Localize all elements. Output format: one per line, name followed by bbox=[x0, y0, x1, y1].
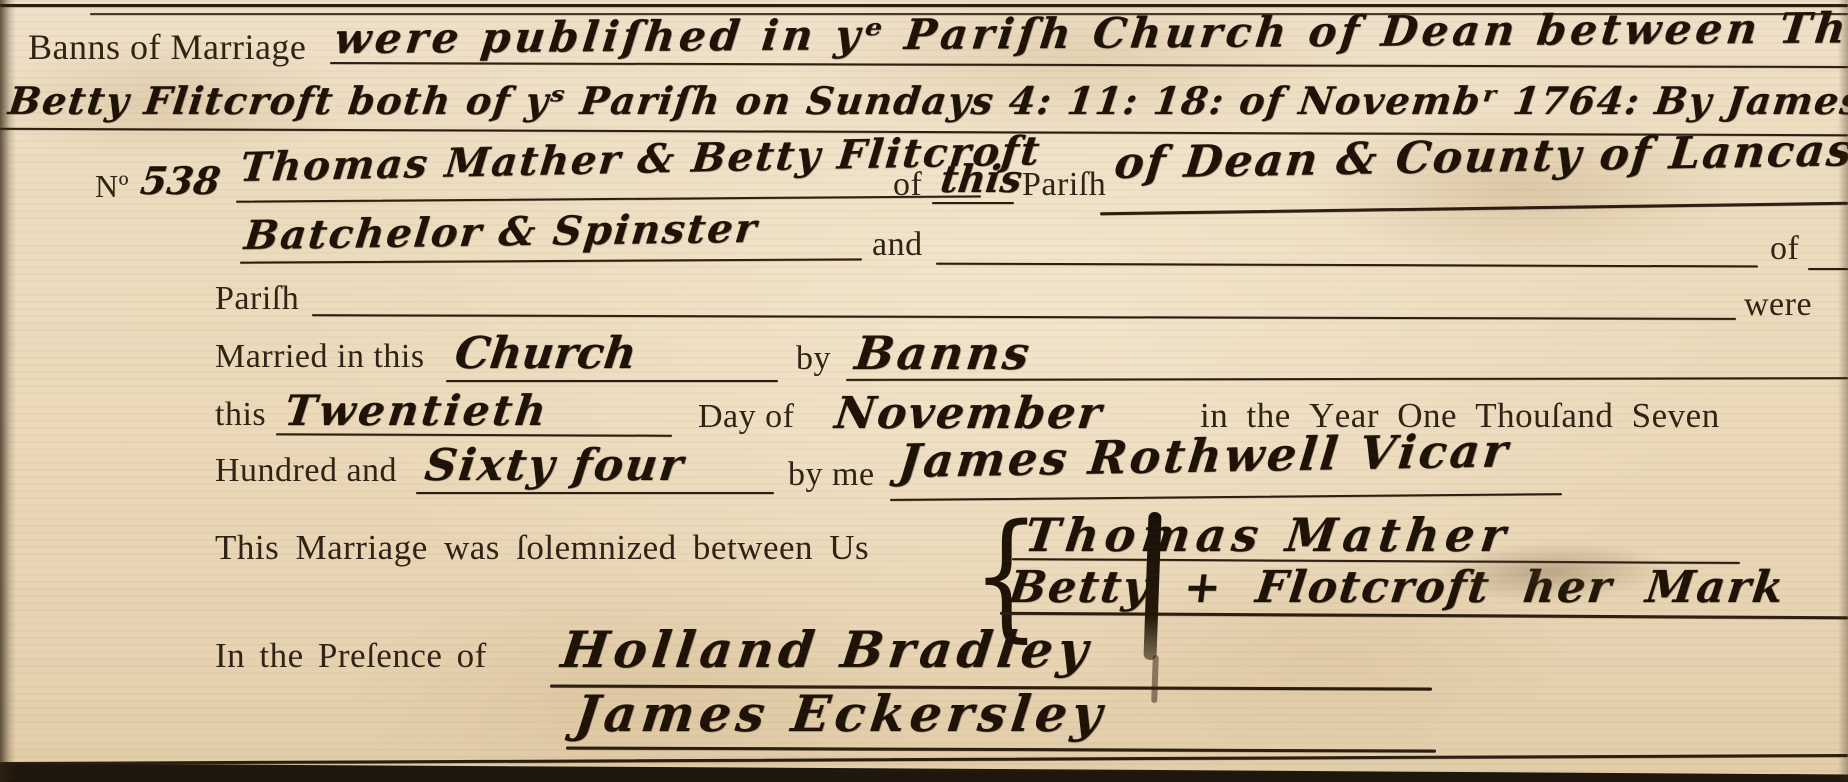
officiant-handwriting: James Rothwell Vicar bbox=[896, 423, 1513, 488]
entry-number-label: Nº bbox=[95, 168, 129, 205]
day-value-underline bbox=[276, 433, 672, 436]
of-label: of bbox=[893, 166, 922, 204]
by-method-handwriting: Banns bbox=[852, 326, 1035, 380]
this-underline bbox=[932, 202, 1014, 204]
year-value-handwriting: Sixty four bbox=[422, 440, 688, 491]
parish-county-underline bbox=[1100, 202, 1848, 215]
banns-line1-underline bbox=[330, 62, 1848, 68]
witness2-underline bbox=[566, 746, 1436, 752]
day-value-handwriting: Twentieth bbox=[282, 386, 552, 435]
married-place-underline bbox=[446, 380, 778, 382]
were-label: were bbox=[1744, 286, 1812, 324]
condition-underline bbox=[240, 258, 862, 263]
condition-handwriting: Batchelor & Spinster bbox=[242, 205, 761, 259]
by-method-underline bbox=[846, 377, 1848, 381]
day-of-label: Day of bbox=[698, 398, 794, 436]
hundred-and-label: Hundred and bbox=[215, 452, 397, 490]
parish-label-2: Pariſh bbox=[215, 280, 299, 318]
year-value-underline bbox=[416, 492, 774, 494]
of-blank-line bbox=[1808, 268, 1848, 270]
ink-blot-tail bbox=[1151, 655, 1159, 703]
banns-of-marriage-label: Banns of Marriage bbox=[28, 26, 306, 68]
couple-names-handwriting: Thomas Mather & Betty Flitcroft bbox=[238, 127, 1044, 191]
bottom-page-edge bbox=[0, 748, 1848, 782]
in-the-presence-label: In the Preſence of bbox=[215, 636, 487, 676]
this-word-handwriting: this bbox=[938, 156, 1025, 201]
names-underline bbox=[236, 195, 981, 202]
banns-line2-handwriting: Betty Flitcroft both of yˢ Pariſh on Sun… bbox=[6, 78, 1848, 123]
this-label: this bbox=[215, 396, 266, 434]
witness1-signature: Holland Bradley bbox=[558, 620, 1096, 679]
and-blank-line bbox=[936, 263, 1758, 268]
married-place-handwriting: Church bbox=[452, 328, 639, 379]
of-label-2: of bbox=[1770, 230, 1799, 268]
bride-signature: Betty + Flotcroft her Mark bbox=[1006, 562, 1788, 613]
by-me-label: by me bbox=[788, 456, 875, 494]
bottom-rule bbox=[0, 754, 1848, 765]
witness2-signature: James Eckersley bbox=[572, 684, 1110, 743]
parish-label: Pariſh bbox=[1022, 166, 1106, 204]
parish-blank-line bbox=[312, 314, 1736, 320]
register-page: Banns of Marriage were publiſhed in yᵉ P… bbox=[0, 0, 1848, 782]
solemnized-label: This Marriage was ſolemnized between Us bbox=[215, 528, 869, 568]
groom-signature: Thomas Mather bbox=[1022, 508, 1514, 562]
and-label: and bbox=[872, 226, 923, 264]
married-in-this-label: Married in this bbox=[215, 338, 425, 376]
by-label: by bbox=[796, 340, 831, 378]
banns-line1-handwriting: were publiſhed in yᵉ Pariſh Church of De… bbox=[332, 1, 1848, 63]
entry-number-value: 538 bbox=[138, 158, 223, 203]
